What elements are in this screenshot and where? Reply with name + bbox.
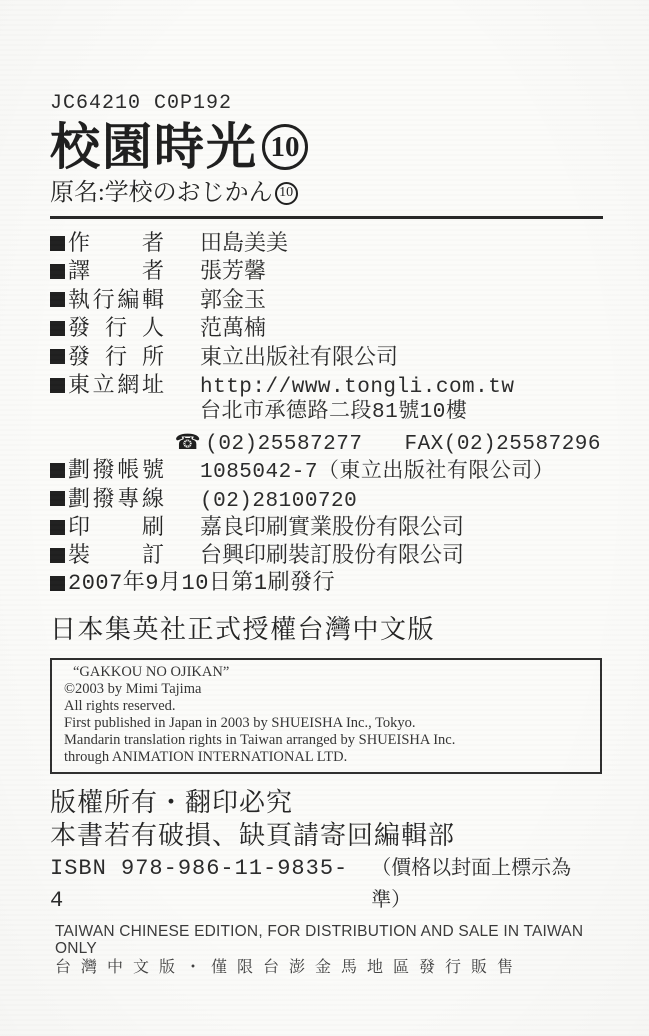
square-bullet-icon: [50, 520, 65, 535]
credit-label: 劃撥帳號: [68, 456, 164, 484]
original-volume-number-circled-icon: 10: [275, 182, 298, 205]
credit-label: 印刷: [68, 513, 164, 541]
square-bullet-icon: [50, 349, 65, 364]
credit-row-author: 作者 田島美美: [50, 229, 601, 257]
phone-icon: ☎: [175, 430, 202, 454]
credit-row-printer: 印刷 嘉良印刷實業股份有限公司: [50, 513, 601, 541]
credit-row-phone-fax: ☎(02)25587277FAX(02)25587296: [50, 428, 601, 456]
credit-value: 台興印刷裝訂股份有限公司: [200, 541, 464, 569]
volume-number-circled-icon: 10: [262, 124, 308, 170]
phone-number: (02)25587277: [205, 433, 362, 456]
copyright-box: “GAKKOU NO OJIKAN” ©2003 by Mimi Tajima …: [50, 658, 602, 774]
square-bullet-icon: [50, 463, 65, 478]
copyright-box-line: through ANIMATION INTERNATIONAL LTD.: [64, 749, 588, 766]
fax-number: FAX(02)25587296: [404, 433, 601, 456]
copyright-box-line: All rights reserved.: [64, 698, 588, 715]
square-bullet-icon: [50, 378, 65, 393]
credit-value: 東立出版社有限公司: [200, 343, 398, 371]
colophon-page: JC64210 C0P192 校園時光 10 原名:学校のおじかん 10 作者 …: [0, 0, 649, 978]
square-bullet-icon: [50, 236, 65, 251]
phone-fax-line: ☎(02)25587277FAX(02)25587296: [175, 428, 601, 459]
square-bullet-icon: [50, 321, 65, 336]
distribution-notice-english: TAIWAN CHINESE EDITION, FOR DISTRIBUTION…: [55, 923, 601, 957]
book-title: 校園時光 10: [50, 118, 601, 176]
credit-row-translator: 譯者 張芳馨: [50, 257, 601, 285]
credit-row-executive-editor: 執行編輯 郭金玉: [50, 286, 601, 314]
rights-reserved-line: 版權所有・翻印必究: [50, 787, 601, 820]
square-bullet-icon: [50, 264, 65, 279]
credit-value: 嘉良印刷實業股份有限公司: [200, 513, 464, 541]
isbn-line: ISBN 978-986-11-9835-4 （價格以封面上標示為準）: [50, 852, 601, 917]
original-title-text: 原名:学校のおじかん: [50, 178, 273, 208]
credit-row-binding: 裝訂 台興印刷裝訂股份有限公司: [50, 541, 601, 569]
square-bullet-icon: [50, 548, 65, 563]
original-title: 原名:学校のおじかん 10: [50, 178, 601, 208]
square-bullet-icon: [50, 491, 65, 506]
credit-row-postal-account: 劃撥帳號 1085042-7（東立出版社有限公司）: [50, 456, 601, 484]
credit-label: 劃撥專線: [68, 485, 164, 513]
credit-row-print-date: 2007年9月10日第1刷發行: [50, 570, 601, 598]
copyright-box-line: Mandarin translation rights in Taiwan ar…: [64, 732, 588, 749]
copyright-box-line: ©2003 by Mimi Tajima: [64, 681, 588, 698]
publisher-address: 台北市承德路二段81號10樓: [200, 399, 467, 427]
isbn-number: ISBN 978-986-11-9835-4: [50, 853, 349, 917]
license-statement: 日本集英社正式授權台灣中文版: [50, 614, 601, 646]
postal-account-number: 1085042-7（東立出版社有限公司）: [200, 459, 554, 487]
credit-label: 發行人: [68, 314, 164, 342]
square-bullet-icon: [50, 292, 65, 307]
distribution-notice-chinese: 台灣中文版・僅限台澎金馬地區發行販售: [55, 957, 601, 978]
copyright-box-line: First published in Japan in 2003 by SHUE…: [64, 715, 588, 732]
credit-label: 譯者: [68, 257, 164, 285]
credits-list: 作者 田島美美 譯者 張芳馨 執行編輯 郭金玉 發行人 范萬楠 發行所 東立出版…: [50, 219, 601, 598]
first-print-date: 2007年9月10日第1刷發行: [68, 570, 335, 598]
credit-row-website: 東立網址 http://www.tongli.com.tw: [50, 371, 601, 399]
website-url: http://www.tongli.com.tw: [200, 374, 514, 402]
product-code: JC64210 C0P192: [50, 92, 601, 116]
credit-row-publishing-house: 發行所 東立出版社有限公司: [50, 343, 601, 371]
credit-value: 范萬楠: [200, 314, 266, 342]
credit-label: 裝訂: [68, 541, 164, 569]
credit-label: 作者: [68, 229, 164, 257]
book-title-text: 校園時光: [50, 118, 258, 176]
credit-row-address: 台北市承德路二段81號10樓: [50, 399, 601, 427]
credit-row-publisher-person: 發行人 范萬楠: [50, 314, 601, 342]
credit-value: 張芳馨: [200, 257, 266, 285]
credit-value: 田島美美: [200, 229, 288, 257]
damaged-copy-notice: 本書若有破損、缺頁請寄回編輯部: [50, 820, 601, 853]
square-bullet-icon: [50, 576, 65, 591]
credit-label: 執行編輯: [68, 286, 164, 314]
copyright-box-title: “GAKKOU NO OJIKAN”: [64, 664, 588, 681]
credit-value: 郭金玉: [200, 286, 266, 314]
postal-hotline-number: (02)28100720: [200, 488, 357, 516]
footer-block: 版權所有・翻印必究 本書若有破損、缺頁請寄回編輯部 ISBN 978-986-1…: [50, 787, 601, 978]
credit-label: 發行所: [68, 343, 164, 371]
credit-label: 東立網址: [68, 371, 164, 399]
price-note: （價格以封面上標示為準）: [371, 852, 601, 916]
credit-row-postal-hotline: 劃撥專線 (02)28100720: [50, 485, 601, 513]
